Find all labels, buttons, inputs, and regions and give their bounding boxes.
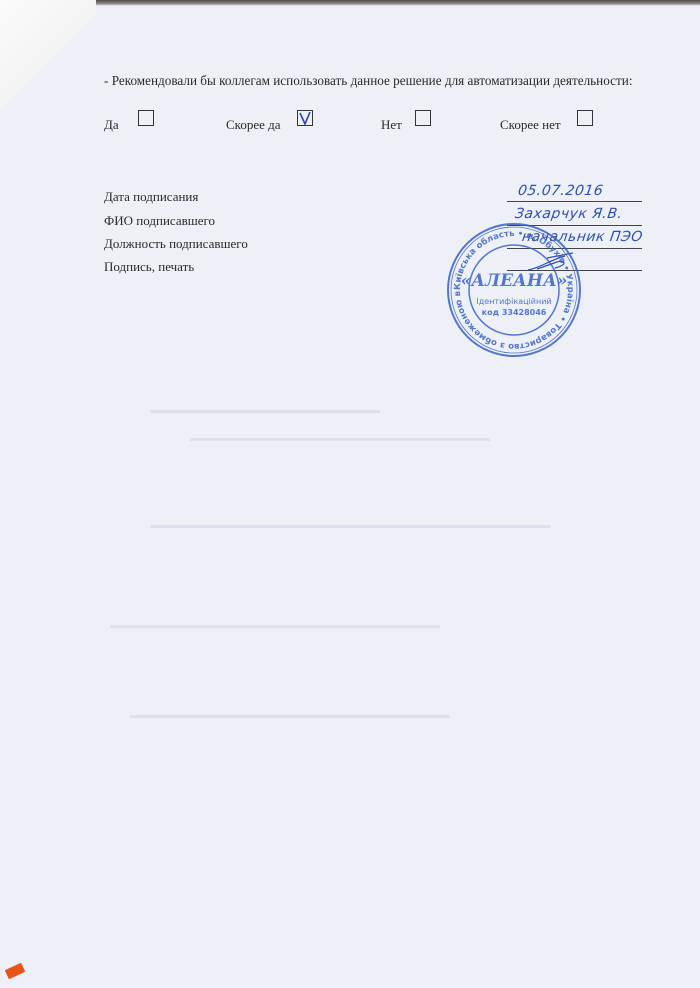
- scan-edge-shadow: [85, 0, 700, 6]
- bleed-through: [150, 525, 550, 528]
- stamp-id-code: код 33428046: [482, 308, 547, 317]
- checkbox-rather-yes[interactable]: [297, 110, 313, 126]
- corner-sticker: [5, 963, 26, 980]
- scanned-page: - Рекомендовали бы коллегам использовать…: [0, 0, 700, 988]
- folded-corner: [0, 0, 96, 122]
- option-label-yes: Да: [104, 117, 119, 133]
- stamp-company-name: «АЛЕАНА»: [461, 271, 568, 291]
- company-stamp-icon: Київська область • м. Обухів • Україна •…: [444, 220, 584, 360]
- signing-date-line: [507, 201, 642, 202]
- bleed-through: [110, 625, 440, 628]
- checkbox-yes[interactable]: [138, 110, 154, 126]
- option-label-no: Нет: [381, 117, 402, 133]
- stamp-id-label: Ідентифікаційний: [476, 297, 551, 306]
- bleed-through: [130, 715, 450, 718]
- label-signature-stamp: Подпись, печать: [104, 259, 194, 275]
- checkbox-no[interactable]: [415, 110, 431, 126]
- bleed-through: [150, 410, 380, 413]
- option-label-rather-yes: Скорее да: [226, 117, 281, 133]
- signing-date-value: 05.07.2016: [517, 183, 604, 199]
- checkbox-rather-no[interactable]: [577, 110, 593, 126]
- bleed-through: [190, 438, 490, 441]
- question-text: - Рекомендовали бы коллегам использовать…: [104, 73, 633, 89]
- label-signing-date: Дата подписания: [104, 189, 198, 205]
- label-signer-name: ФИО подписавшего: [104, 213, 215, 229]
- label-signer-position: Должность подписавшего: [104, 236, 248, 252]
- option-label-rather-no: Скорее нет: [500, 117, 561, 133]
- check-mark-icon: [298, 111, 314, 127]
